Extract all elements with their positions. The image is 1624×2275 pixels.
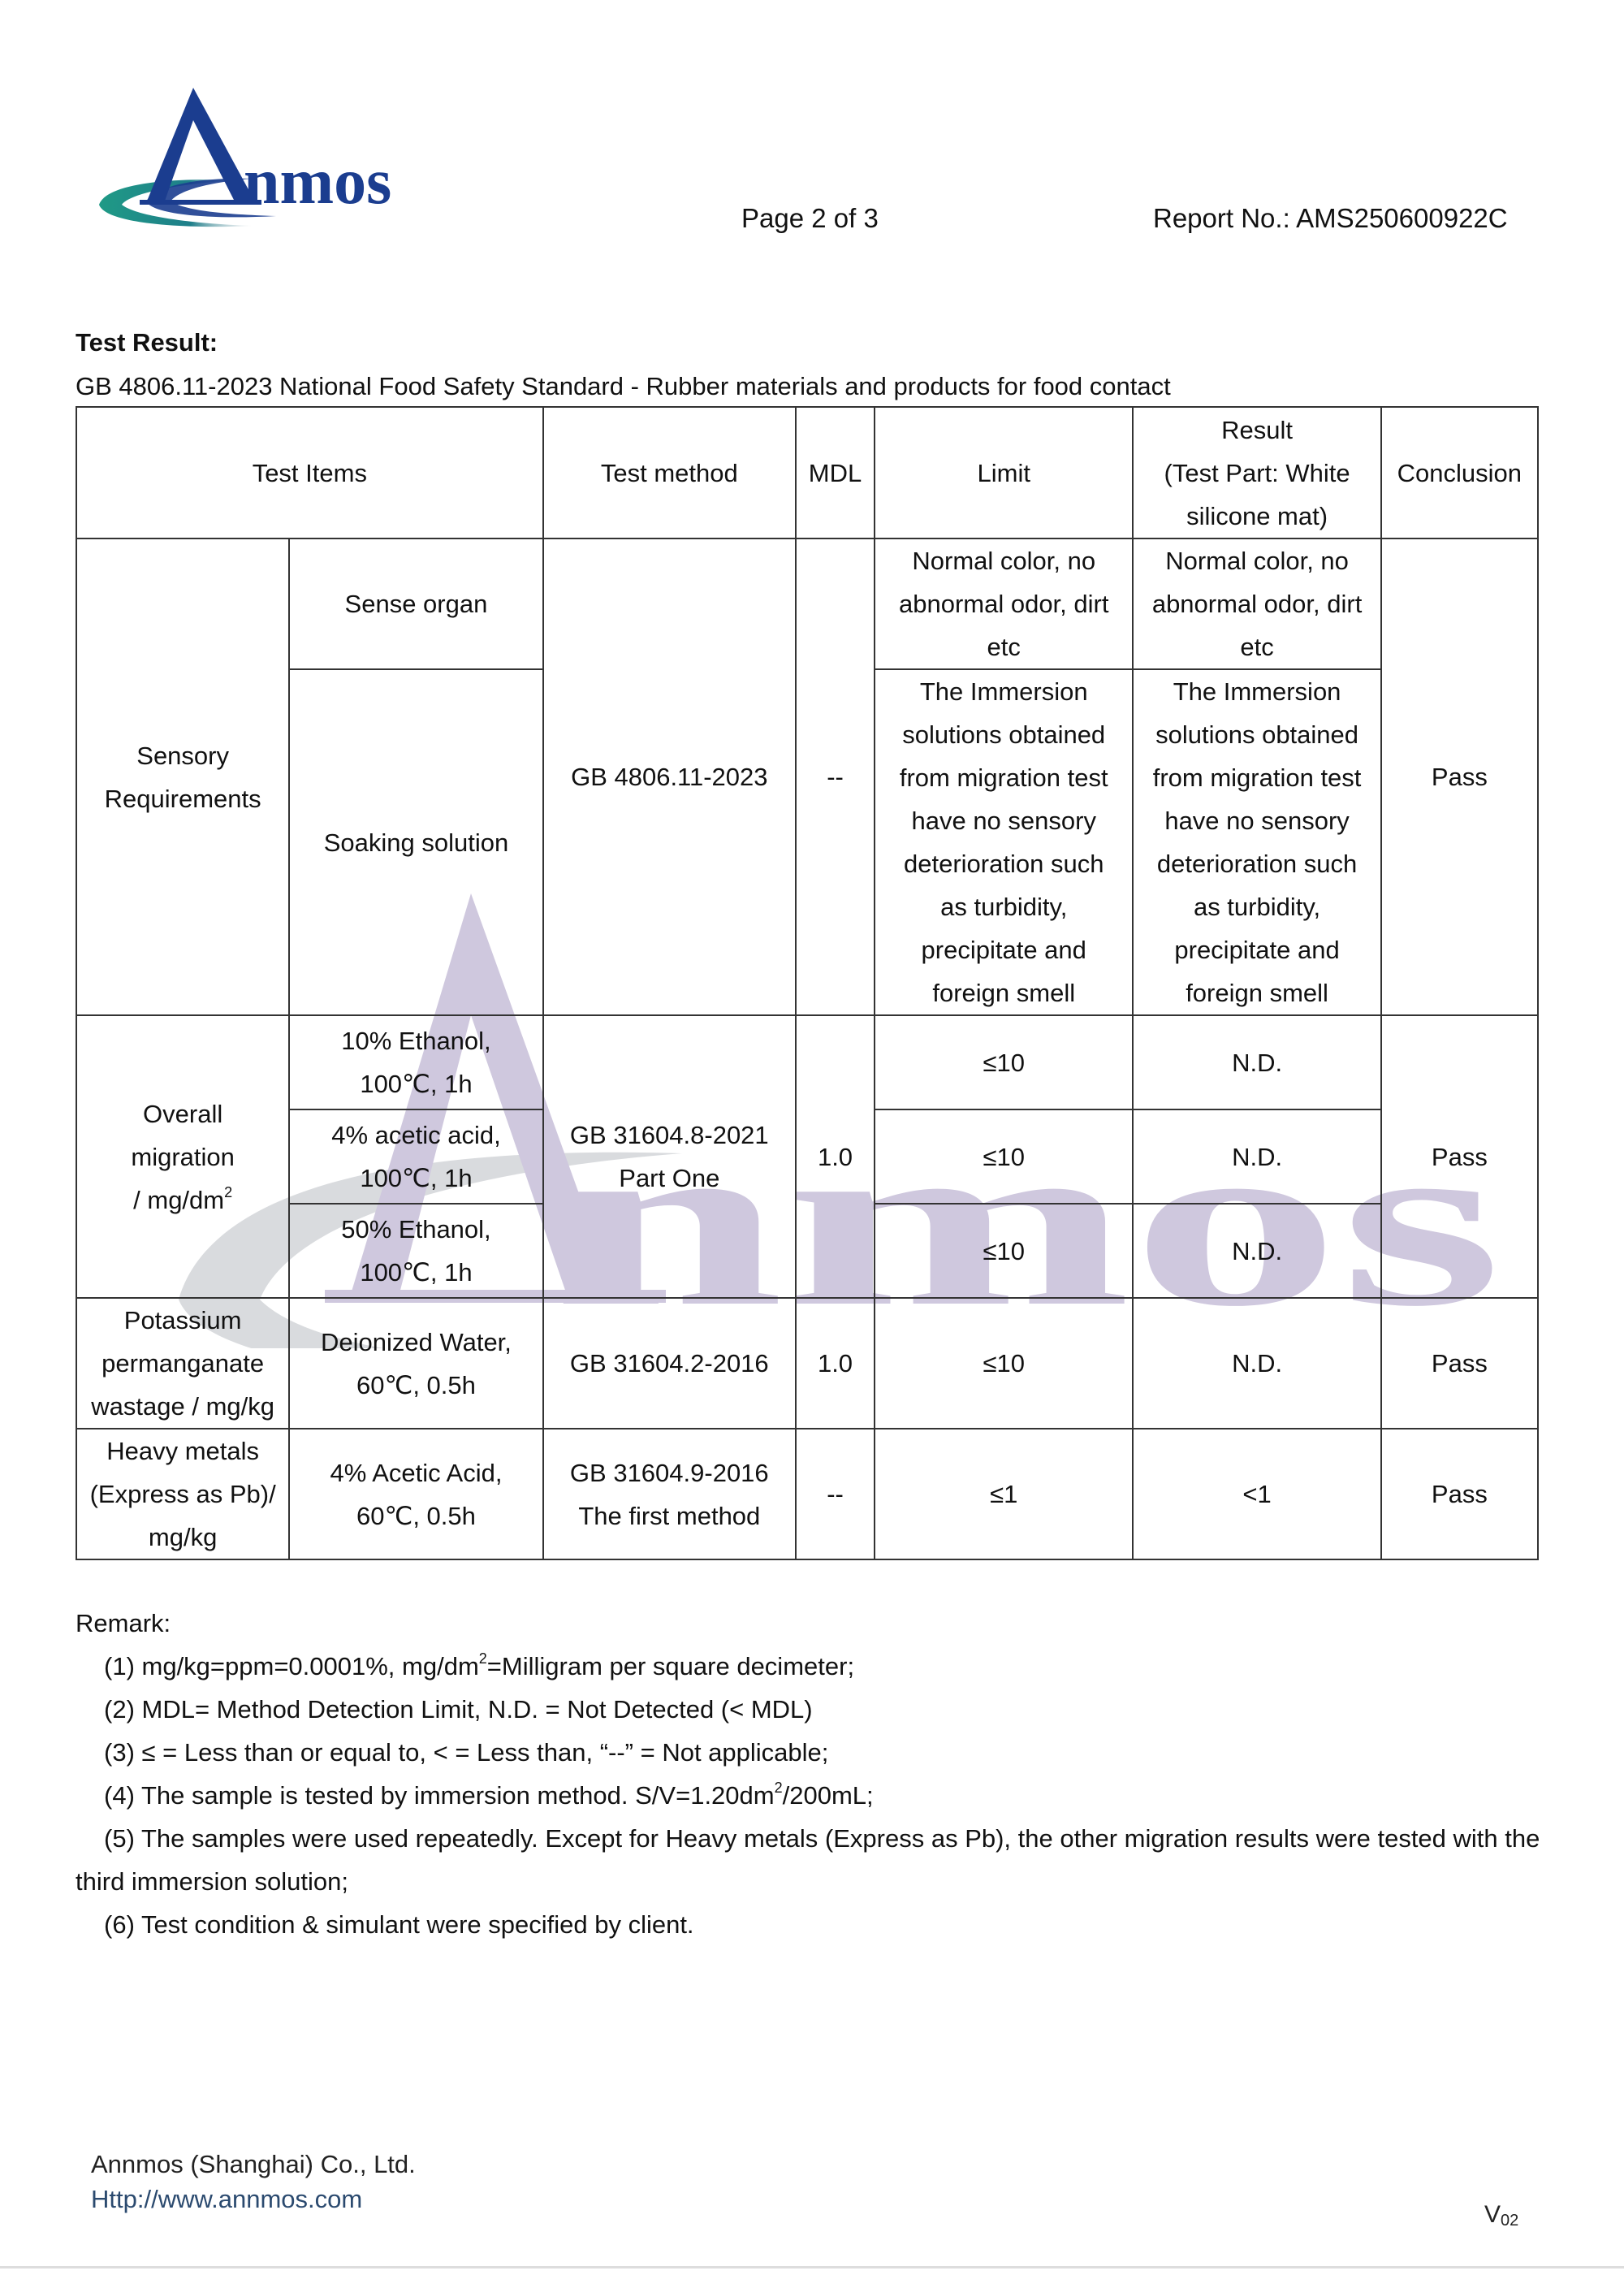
version-number: 02 (1501, 2212, 1518, 2230)
item-soaking-solution: Soaking solution (289, 669, 542, 1015)
standard-title: GB 4806.11-2023 National Food Safety Sta… (76, 372, 1171, 401)
category-heavy-metals: Heavy metals (Express as Pb)/ mg/kg (76, 1429, 289, 1559)
remark-text-tail: =Milligram per square decimeter; (487, 1652, 854, 1680)
mdl-potassium-permanganate: 1.0 (796, 1298, 875, 1429)
remark-text: (5) The samples were used repeatedly. Ex… (76, 1824, 1540, 1896)
limit-50-ethanol: ≤10 (875, 1204, 1133, 1298)
item-deionized-water: Deionized Water, 60℃, 0.5h (289, 1298, 542, 1429)
remark-text: (4) The sample is tested by immersion me… (104, 1781, 775, 1810)
conclusion-sensory: Pass (1381, 538, 1538, 1015)
table-row: Overall migration / mg/dm2 10% Ethanol, … (76, 1015, 1538, 1109)
mdl-heavy-metals: -- (796, 1429, 875, 1559)
category-potassium-permanganate: Potassium permanganate wastage / mg/kg (76, 1298, 289, 1429)
method-potassium-permanganate: GB 31604.2-2016 (543, 1298, 796, 1429)
conclusion-potassium-permanganate: Pass (1381, 1298, 1538, 1429)
result-sense-organ: Normal color, no abnormal odor, dirt etc (1133, 538, 1380, 669)
report-page: nmos Page 2 of 3 Report No.: AMS25060092… (0, 0, 1624, 2275)
item-10-ethanol: 10% Ethanol, 100℃, 1h (289, 1015, 542, 1109)
category-overall-migration: Overall migration / mg/dm2 (76, 1015, 289, 1298)
item-50-ethanol: 50% Ethanol, 100℃, 1h (289, 1204, 542, 1298)
result-soaking-solution: The Immersion solutions obtained from mi… (1133, 669, 1380, 1015)
category-overall-migration-label: Overall migration / mg/dm (131, 1100, 235, 1214)
unit-superscript: 2 (224, 1184, 232, 1200)
remarks-title: Remark: (76, 1602, 1553, 1645)
header-test-items: Test Items (76, 407, 543, 538)
limit-10-ethanol: ≤10 (875, 1015, 1133, 1109)
table-header-row: Test Items Test method MDL Limit Result … (76, 407, 1538, 538)
category-sensory: Sensory Requirements (76, 538, 289, 1015)
item-sense-organ: Sense organ (289, 538, 542, 669)
result-4-acetic-acid: N.D. (1133, 1109, 1380, 1204)
result-50-ethanol: N.D. (1133, 1204, 1380, 1298)
report-number: Report No.: AMS250600922C (1153, 203, 1508, 234)
mdl-overall-migration: 1.0 (796, 1015, 875, 1298)
document-version: V02 (1484, 2201, 1518, 2230)
remark-superscript: 2 (775, 1780, 783, 1796)
remark-text: (6) Test condition & simulant were speci… (104, 1910, 694, 1939)
limit-heavy-metals: ≤1 (875, 1429, 1133, 1559)
mdl-sensory: -- (796, 538, 875, 1015)
remark-item: (3) ≤ = Less than or equal to, < = Less … (76, 1731, 1553, 1774)
conclusion-overall-migration: Pass (1381, 1015, 1538, 1298)
remark-text-tail: /200mL; (783, 1781, 874, 1810)
header-conclusion: Conclusion (1381, 407, 1538, 538)
limit-sense-organ: Normal color, no abnormal odor, dirt etc (875, 538, 1133, 669)
conclusion-heavy-metals: Pass (1381, 1429, 1538, 1559)
item-acetic-acid: 4% Acetic Acid, 60℃, 0.5h (289, 1429, 542, 1559)
remark-item: (1) mg/kg=ppm=0.0001%, mg/dm2=Milligram … (76, 1645, 1553, 1688)
footer-company-name: Annmos (Shanghai) Co., Ltd. (91, 2150, 416, 2179)
result-10-ethanol: N.D. (1133, 1015, 1380, 1109)
remark-text: (3) ≤ = Less than or equal to, < = Less … (104, 1738, 828, 1767)
result-potassium-permanganate: N.D. (1133, 1298, 1380, 1429)
remark-superscript: 2 (479, 1650, 487, 1667)
footer-website-link[interactable]: Http://www.annmos.com (91, 2185, 362, 2214)
header-test-method: Test method (543, 407, 796, 538)
remark-item: (6) Test condition & simulant were speci… (76, 1903, 1553, 1946)
version-label: V (1484, 2201, 1501, 2228)
remark-text: (2) MDL= Method Detection Limit, N.D. = … (104, 1695, 813, 1724)
annmos-logo-icon: nmos (89, 81, 512, 244)
page-bottom-edge (0, 2266, 1624, 2269)
result-heavy-metals: <1 (1133, 1429, 1380, 1559)
test-results-table: Test Items Test method MDL Limit Result … (76, 406, 1539, 1560)
remark-item: (2) MDL= Method Detection Limit, N.D. = … (76, 1688, 1553, 1731)
annmos-logo: nmos (89, 81, 512, 244)
remark-item: (5) The samples were used repeatedly. Ex… (76, 1817, 1553, 1903)
remark-text: (1) mg/kg=ppm=0.0001%, mg/dm (104, 1652, 479, 1680)
table-row: Potassium permanganate wastage / mg/kg D… (76, 1298, 1538, 1429)
limit-soaking-solution: The Immersion solutions obtained from mi… (875, 669, 1133, 1015)
method-sensory: GB 4806.11-2023 (543, 538, 796, 1015)
method-heavy-metals: GB 31604.9-2016 The first method (543, 1429, 796, 1559)
limit-4-acetic-acid: ≤10 (875, 1109, 1133, 1204)
remarks-section: Remark: (1) mg/kg=ppm=0.0001%, mg/dm2=Mi… (76, 1602, 1553, 1946)
header-result: Result (Test Part: White silicone mat) (1133, 407, 1380, 538)
remark-item: (4) The sample is tested by immersion me… (76, 1774, 1553, 1817)
item-4-acetic-acid: 4% acetic acid, 100℃, 1h (289, 1109, 542, 1204)
limit-potassium-permanganate: ≤10 (875, 1298, 1133, 1429)
header-mdl: MDL (796, 407, 875, 538)
method-overall-migration: GB 31604.8-2021 Part One (543, 1015, 796, 1298)
section-title: Test Result: (76, 328, 218, 357)
svg-text:nmos: nmos (244, 146, 391, 218)
table-row: Sensory Requirements Sense organ GB 4806… (76, 538, 1538, 669)
table-row: Heavy metals (Express as Pb)/ mg/kg 4% A… (76, 1429, 1538, 1559)
page-indicator: Page 2 of 3 (741, 203, 879, 234)
header-limit: Limit (875, 407, 1133, 538)
